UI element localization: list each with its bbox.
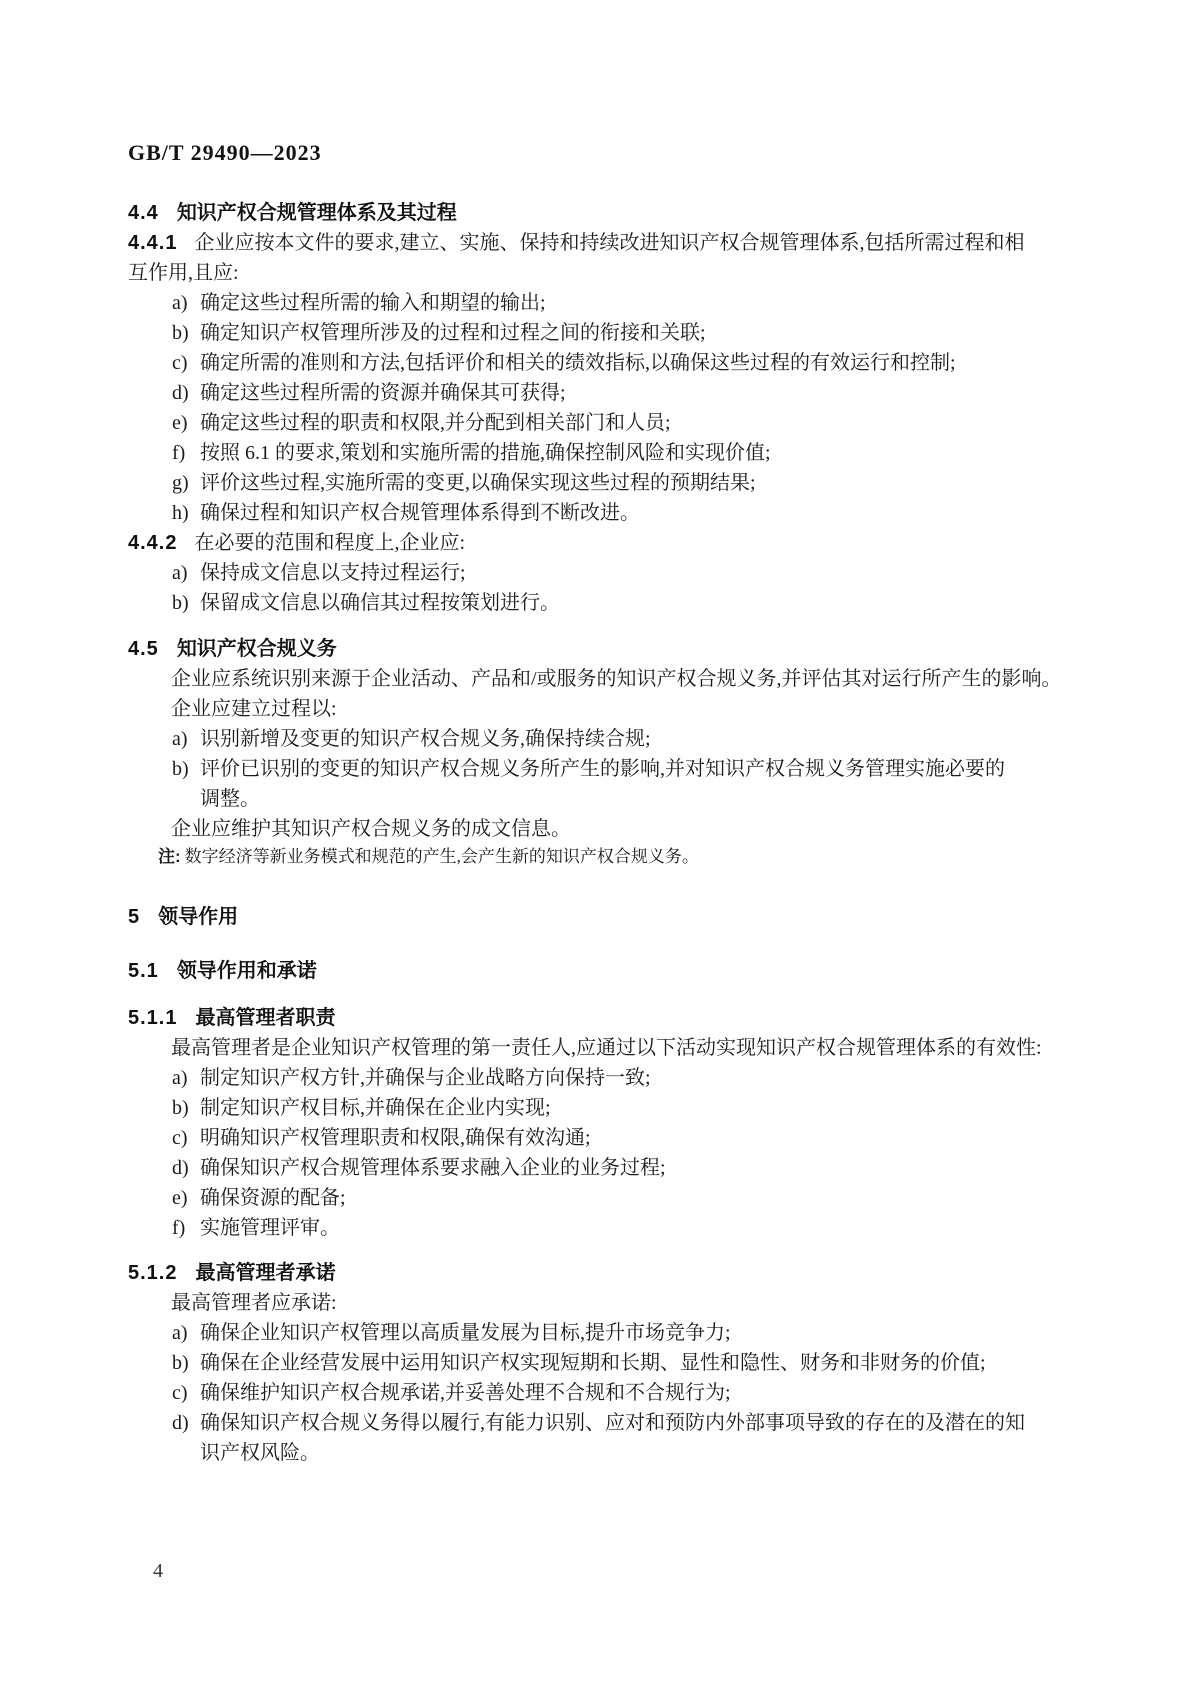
- para-4-4-2: 4.4.2在必要的范围和程度上,企业应:: [128, 528, 1083, 558]
- list-item: e)确定这些过程的职责和权限,并分配到相关部门和人员;: [128, 408, 1083, 438]
- heading-4-5: 4.5知识产权合规义务: [128, 634, 1083, 664]
- clause-title: 知识产权合规义务: [177, 638, 337, 660]
- page-content: GB/T 29490—2023 4.4知识产权合规管理体系及其过程 4.4.1企…: [0, 0, 1083, 1468]
- list-item-text: 制定知识产权目标,并确保在企业内实现;: [200, 1093, 551, 1123]
- para-number: 4.4.1: [128, 232, 177, 254]
- list-item-label: b): [172, 1348, 189, 1378]
- list-item-label: b): [172, 588, 189, 618]
- para-4-5-closing: 企业应维护其知识产权合规义务的成文信息。: [128, 814, 1083, 844]
- note-4-5: 注:数字经济等新业务模式和规范的产生,会产生新的知识产权合规义务。: [158, 844, 1083, 870]
- heading-5-1: 5.1领导作用和承诺: [128, 956, 1083, 986]
- list-item-label: b): [172, 318, 189, 348]
- list-item-label: f): [172, 1213, 185, 1243]
- clause-number: 4.5: [128, 638, 159, 660]
- list-item-label: a): [172, 1318, 188, 1348]
- para-text: 企业应按本文件的要求,建立、实施、保持和持续改进知识产权合规管理体系,包括所需过…: [128, 232, 1024, 284]
- list-item-text: 评价这些过程,实施所需的变更,以确保实现这些过程的预期结果;: [200, 468, 756, 498]
- clause-number: 5: [128, 906, 140, 928]
- para-5-1-2-lead-in: 最高管理者应承诺:: [128, 1288, 1083, 1318]
- list-item: e)确保资源的配备;: [128, 1183, 1083, 1213]
- list-item-text: 确定这些过程的职责和权限,并分配到相关部门和人员;: [200, 408, 671, 438]
- clause-number: 4.4: [128, 202, 159, 224]
- note-text: 数字经济等新业务模式和规范的产生,会产生新的知识产权合规义务。: [185, 847, 699, 866]
- list-item: a)确定这些过程所需的输入和期望的输出;: [128, 288, 1083, 318]
- list-item-label: e): [172, 1183, 188, 1213]
- para-4-4-1: 4.4.1企业应按本文件的要求,建立、实施、保持和持续改进知识产权合规管理体系,…: [128, 228, 1043, 288]
- list-item-label: d): [172, 378, 189, 408]
- list-item-label: h): [172, 498, 189, 528]
- list-item-text: 确保过程和知识产权合规管理体系得到不断改进。: [200, 498, 640, 528]
- list-item: c)确定所需的准则和方法,包括评价和相关的绩效指标,以确保这些过程的有效运行和控…: [128, 348, 1083, 378]
- list-item-text: 按照 6.1 的要求,策划和实施所需的措施,确保控制风险和实现价值;: [200, 438, 771, 468]
- list-item: f)按照 6.1 的要求,策划和实施所需的措施,确保控制风险和实现价值;: [128, 438, 1083, 468]
- list-item-label: a): [172, 558, 188, 588]
- list-item: a)制定知识产权方针,并确保与企业战略方向保持一致;: [128, 1063, 1083, 1093]
- list-item-text: 确定这些过程所需的资源并确保其可获得;: [200, 378, 566, 408]
- page-number: 4: [153, 1560, 163, 1583]
- list-item: d)确保知识产权合规管理体系要求融入企业的业务过程;: [128, 1153, 1083, 1183]
- list-4-5: a)识别新增及变更的知识产权合规义务,确保持续合规; b)评价已识别的变更的知识…: [128, 724, 1083, 814]
- list-item: a)识别新增及变更的知识产权合规义务,确保持续合规;: [128, 724, 1083, 754]
- list-item-text: 确保知识产权合规管理体系要求融入企业的业务过程;: [200, 1153, 666, 1183]
- list-item: b)评价已识别的变更的知识产权合规义务所产生的影响,并对知识产权合规义务管理实施…: [128, 754, 1083, 814]
- list-item-text: 确保维护知识产权合规承诺,并妥善处理不合规和不合规行为;: [200, 1378, 731, 1408]
- list-item: h)确保过程和知识产权合规管理体系得到不断改进。: [128, 498, 1083, 528]
- list-item: g)评价这些过程,实施所需的变更,以确保实现这些过程的预期结果;: [128, 468, 1083, 498]
- list-4-4-1: a)确定这些过程所需的输入和期望的输出; b)确定知识产权管理所涉及的过程和过程…: [128, 288, 1083, 528]
- list-item: d)确定这些过程所需的资源并确保其可获得;: [128, 378, 1083, 408]
- list-item-text: 明确知识产权管理职责和权限,确保有效沟通;: [200, 1123, 591, 1153]
- heading-5-1-2: 5.1.2最高管理者承诺: [128, 1258, 1083, 1288]
- heading-5-1-1: 5.1.1最高管理者职责: [128, 1003, 1083, 1033]
- para-text: 在必要的范围和程度上,企业应:: [194, 532, 465, 554]
- clause-number: 5.1.1: [128, 1007, 177, 1029]
- list-item-text: 确定这些过程所需的输入和期望的输出;: [200, 288, 546, 318]
- list-item-text: 确保在企业经营发展中运用知识产权实现短期和长期、显性和隐性、财务和非财务的价值;: [200, 1348, 986, 1378]
- list-item: b)确保在企业经营发展中运用知识产权实现短期和长期、显性和隐性、财务和非财务的价…: [128, 1348, 1083, 1378]
- list-item-text: 确定知识产权管理所涉及的过程和过程之间的衔接和关联;: [200, 318, 706, 348]
- list-item-text: 确保资源的配备;: [200, 1183, 346, 1213]
- list-item-label: b): [172, 1093, 189, 1123]
- list-item: b)保留成文信息以确信其过程按策划进行。: [128, 588, 1083, 618]
- list-item: b)制定知识产权目标,并确保在企业内实现;: [128, 1093, 1083, 1123]
- list-item: f)实施管理评审。: [128, 1213, 1083, 1243]
- heading-4-4: 4.4知识产权合规管理体系及其过程: [128, 198, 1083, 228]
- document-page: GB/T 29490—2023 4.4知识产权合规管理体系及其过程 4.4.1企…: [0, 0, 1200, 1694]
- list-item-text: 保留成文信息以确信其过程按策划进行。: [200, 588, 560, 618]
- list-item-text: 识别新增及变更的知识产权合规义务,确保持续合规;: [200, 724, 651, 754]
- list-item-text: 确定所需的准则和方法,包括评价和相关的绩效指标,以确保这些过程的有效运行和控制;: [200, 348, 956, 378]
- list-item-label: b): [172, 754, 189, 784]
- clause-number: 5.1: [128, 960, 159, 982]
- list-item-label: c): [172, 348, 188, 378]
- clause-title: 领导作用: [158, 906, 238, 928]
- list-item-label: d): [172, 1408, 189, 1438]
- para-4-5-intro: 企业应系统识别来源于企业活动、产品和/或服务的知识产权合规义务,并评估其对运行所…: [128, 664, 1083, 694]
- list-item: a)保持成文信息以支持过程运行;: [128, 558, 1083, 588]
- list-item-text: 保持成文信息以支持过程运行;: [200, 558, 466, 588]
- list-4-4-2: a)保持成文信息以支持过程运行; b)保留成文信息以确信其过程按策划进行。: [128, 558, 1083, 618]
- list-5-1-2: a)确保企业知识产权管理以高质量发展为目标,提升市场竞争力; b)确保在企业经营…: [128, 1318, 1083, 1468]
- clause-title: 领导作用和承诺: [177, 960, 317, 982]
- standard-number: GB/T 29490—2023: [128, 140, 1083, 166]
- list-item-label: g): [172, 468, 189, 498]
- list-item-text: 制定知识产权方针,并确保与企业战略方向保持一致;: [200, 1063, 651, 1093]
- list-item-label: f): [172, 438, 185, 468]
- list-item: c)确保维护知识产权合规承诺,并妥善处理不合规和不合规行为;: [128, 1378, 1083, 1408]
- heading-5: 5领导作用: [128, 902, 1083, 932]
- list-item: d)确保知识产权合规义务得以履行,有能力识别、应对和预防内外部事项导致的存在的及…: [128, 1408, 1083, 1468]
- para-number: 4.4.2: [128, 532, 177, 554]
- list-item-text: 确保企业知识产权管理以高质量发展为目标,提升市场竞争力;: [200, 1318, 731, 1348]
- note-label: 注:: [158, 847, 181, 866]
- list-5-1-1: a)制定知识产权方针,并确保与企业战略方向保持一致; b)制定知识产权目标,并确…: [128, 1063, 1083, 1243]
- list-item: a)确保企业知识产权管理以高质量发展为目标,提升市场竞争力;: [128, 1318, 1083, 1348]
- list-item: b)确定知识产权管理所涉及的过程和过程之间的衔接和关联;: [128, 318, 1083, 348]
- para-5-1-1-intro: 最高管理者是企业知识产权管理的第一责任人,应通过以下活动实现知识产权合规管理体系…: [128, 1033, 1083, 1063]
- clause-title: 最高管理者职责: [195, 1007, 335, 1029]
- clause-title: 知识产权合规管理体系及其过程: [177, 202, 457, 224]
- clause-title: 最高管理者承诺: [195, 1262, 335, 1284]
- list-item-text: 评价已识别的变更的知识产权合规义务所产生的影响,并对知识产权合规义务管理实施必要…: [200, 754, 1005, 814]
- list-item-label: a): [172, 288, 188, 318]
- list-item-text: 确保知识产权合规义务得以履行,有能力识别、应对和预防内外部事项导致的存在的及潜在…: [200, 1408, 1025, 1468]
- list-item: c)明确知识产权管理职责和权限,确保有效沟通;: [128, 1123, 1083, 1153]
- clause-number: 5.1.2: [128, 1262, 177, 1284]
- list-item-label: a): [172, 724, 188, 754]
- list-item-label: a): [172, 1063, 188, 1093]
- list-item-label: c): [172, 1378, 188, 1408]
- para-4-5-lead-in: 企业应建立过程以:: [128, 694, 1083, 724]
- list-item-label: d): [172, 1153, 189, 1183]
- list-item-label: c): [172, 1123, 188, 1153]
- list-item-text: 实施管理评审。: [200, 1213, 340, 1243]
- list-item-label: e): [172, 408, 188, 438]
